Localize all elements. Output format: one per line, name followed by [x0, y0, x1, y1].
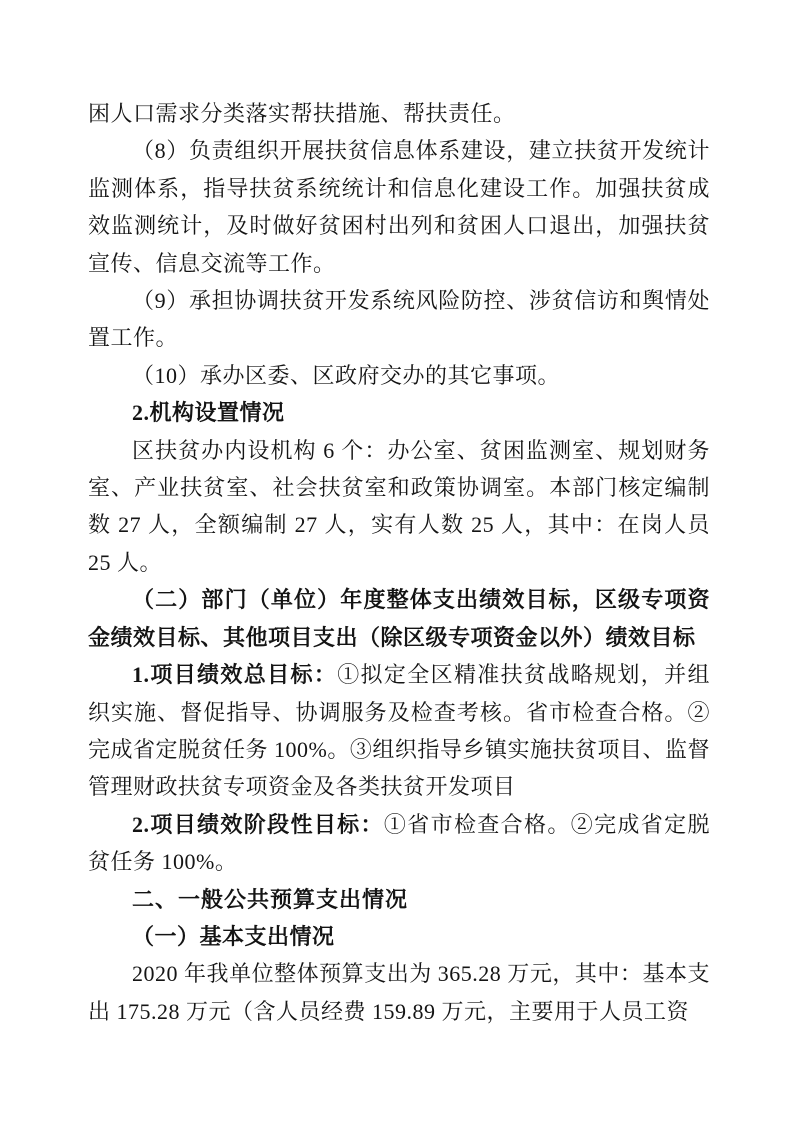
- overall-performance-target-paragraph: 1.项目绩效总目标：①拟定全区精准扶贫战略规划，并组织实施、督促指导、协调服务及…: [88, 656, 710, 806]
- org-setup-paragraph: 区扶贫办内设机构 6 个：办公室、贫困监测室、规划财务室、产业扶贫室、社会扶贫室…: [88, 432, 710, 582]
- continued-paragraph: 困人口需求分类落实帮扶措施、帮扶责任。: [88, 95, 710, 132]
- document-page: 困人口需求分类落实帮扶措施、帮扶责任。（8）负责组织开展扶贫信息体系建设，建立扶…: [0, 0, 793, 1122]
- text-run: 困人口需求分类落实帮扶措施、帮扶责任。: [88, 101, 516, 126]
- text-run: 区扶贫办内设机构 6 个：办公室、贫困监测室、规划财务室、产业扶贫室、社会扶贫室…: [88, 438, 710, 575]
- text-run: （8）负责组织开展扶贫信息体系建设，建立扶贫开发统计监测体系，指导扶贫系统统计和…: [88, 138, 710, 275]
- heading-general-public-budget: 二、一般公共预算支出情况: [88, 881, 710, 918]
- stage-performance-target-paragraph: 2.项目绩效阶段性目标：①省市检查合格。②完成省定脱贫任务 100%。: [88, 806, 710, 881]
- heading-basic-expenditure: （一）基本支出情况: [88, 918, 710, 955]
- budget-expenditure-paragraph: 2020 年我单位整体预算支出为 365.28 万元，其中：基本支出 175.2…: [88, 955, 710, 1030]
- text-run: （9）承担协调扶贫开发系统风险防控、涉贫信访和舆情处置工作。: [88, 288, 710, 350]
- text-run: 2020 年我单位整体预算支出为 365.28 万元，其中：基本支出 175.2…: [88, 961, 710, 1023]
- duty-item-10: （10）承办区委、区政府交办的其它事项。: [88, 357, 710, 394]
- text-run-bold: 二、一般公共预算支出情况: [132, 887, 408, 912]
- duty-item-9: （9）承担协调扶贫开发系统风险防控、涉贫信访和舆情处置工作。: [88, 282, 710, 357]
- text-run-bold: 2.机构设置情况: [132, 400, 285, 425]
- page-content: 困人口需求分类落实帮扶措施、帮扶责任。（8）负责组织开展扶贫信息体系建设，建立扶…: [88, 95, 710, 1030]
- heading-org-setup: 2.机构设置情况: [88, 394, 710, 431]
- duty-item-8: （8）负责组织开展扶贫信息体系建设，建立扶贫开发统计监测体系，指导扶贫系统统计和…: [88, 132, 710, 282]
- text-run: （10）承办区委、区政府交办的其它事项。: [132, 363, 560, 388]
- heading-performance-targets: （二）部门（单位）年度整体支出绩效目标，区级专项资金绩效目标、其他项目支出（除区…: [88, 581, 710, 656]
- text-run-bold: 2.项目绩效阶段性目标：: [132, 812, 384, 837]
- text-run-bold: 1.项目绩效总目标：: [132, 662, 337, 687]
- text-run-bold: （二）部门（单位）年度整体支出绩效目标，区级专项资金绩效目标、其他项目支出（除区…: [88, 587, 710, 649]
- text-run-bold: （一）基本支出情况: [132, 924, 335, 949]
